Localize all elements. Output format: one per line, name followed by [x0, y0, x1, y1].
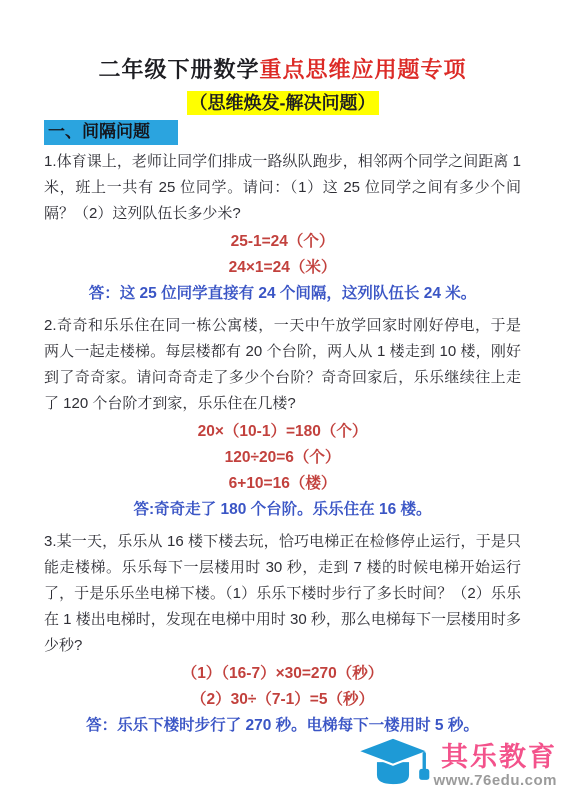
- problem-3-equation-2: （2）30÷（7-1）=5（秒）: [44, 687, 521, 713]
- worksheet-page: 二年级下册数学重点思维应用题专项 （思维焕发-解决问题） 一、间隔问题 1.体育…: [0, 0, 565, 800]
- brand-name: 其乐教育: [441, 742, 557, 772]
- problem-1-answer: 答：这 25 位同学直接有 24 个间隔，这列队伍长 24 米。: [44, 281, 521, 307]
- graduation-cap-icon: [355, 736, 431, 795]
- problem-2-equation-3: 6+10=16（楼）: [44, 471, 521, 497]
- problem-1-equation-1: 25-1=24（个）: [44, 229, 521, 255]
- footer-logo-text: 其乐教育 www.76edu.com: [434, 742, 557, 790]
- section-heading: 一、间隔问题: [44, 120, 178, 145]
- problem-3-question: 3.某一天，乐乐从 16 楼下楼去玩，恰巧电梯正在检修停止运行，于是只能走楼梯。…: [44, 529, 521, 659]
- problem-1-equation-2: 24×1=24（米）: [44, 255, 521, 281]
- brand-url: www.76edu.com: [434, 772, 557, 790]
- page-subtitle: （思维焕发-解决问题）: [187, 91, 379, 115]
- problem-2-answer: 答:奇奇走了 180 个台阶。乐乐住在 16 楼。: [44, 497, 521, 523]
- title-topic: 重点思维应用题专项: [260, 57, 467, 82]
- problem-1-question: 1.体育课上，老师让同学们排成一路纵队跑步，相邻两个同学之间距离 1 米，班上一…: [44, 149, 521, 227]
- footer-logo: 其乐教育 www.76edu.com: [355, 736, 557, 795]
- page-title: 二年级下册数学重点思维应用题专项: [44, 56, 521, 84]
- problem-2-equation-1: 20×（10-1）=180（个）: [44, 419, 521, 445]
- problem-2-question: 2.奇奇和乐乐住在同一栋公寓楼，一天中午放学回家时刚好停电，于是两人一起走楼梯。…: [44, 313, 521, 417]
- problem-2-equation-2: 120÷20=6（个）: [44, 445, 521, 471]
- title-course: 二年级下册数学: [98, 57, 259, 82]
- problem-3-equation-1: （1）（16-7）×30=270（秒）: [44, 661, 521, 687]
- subtitle-row: （思维焕发-解决问题）: [44, 91, 521, 115]
